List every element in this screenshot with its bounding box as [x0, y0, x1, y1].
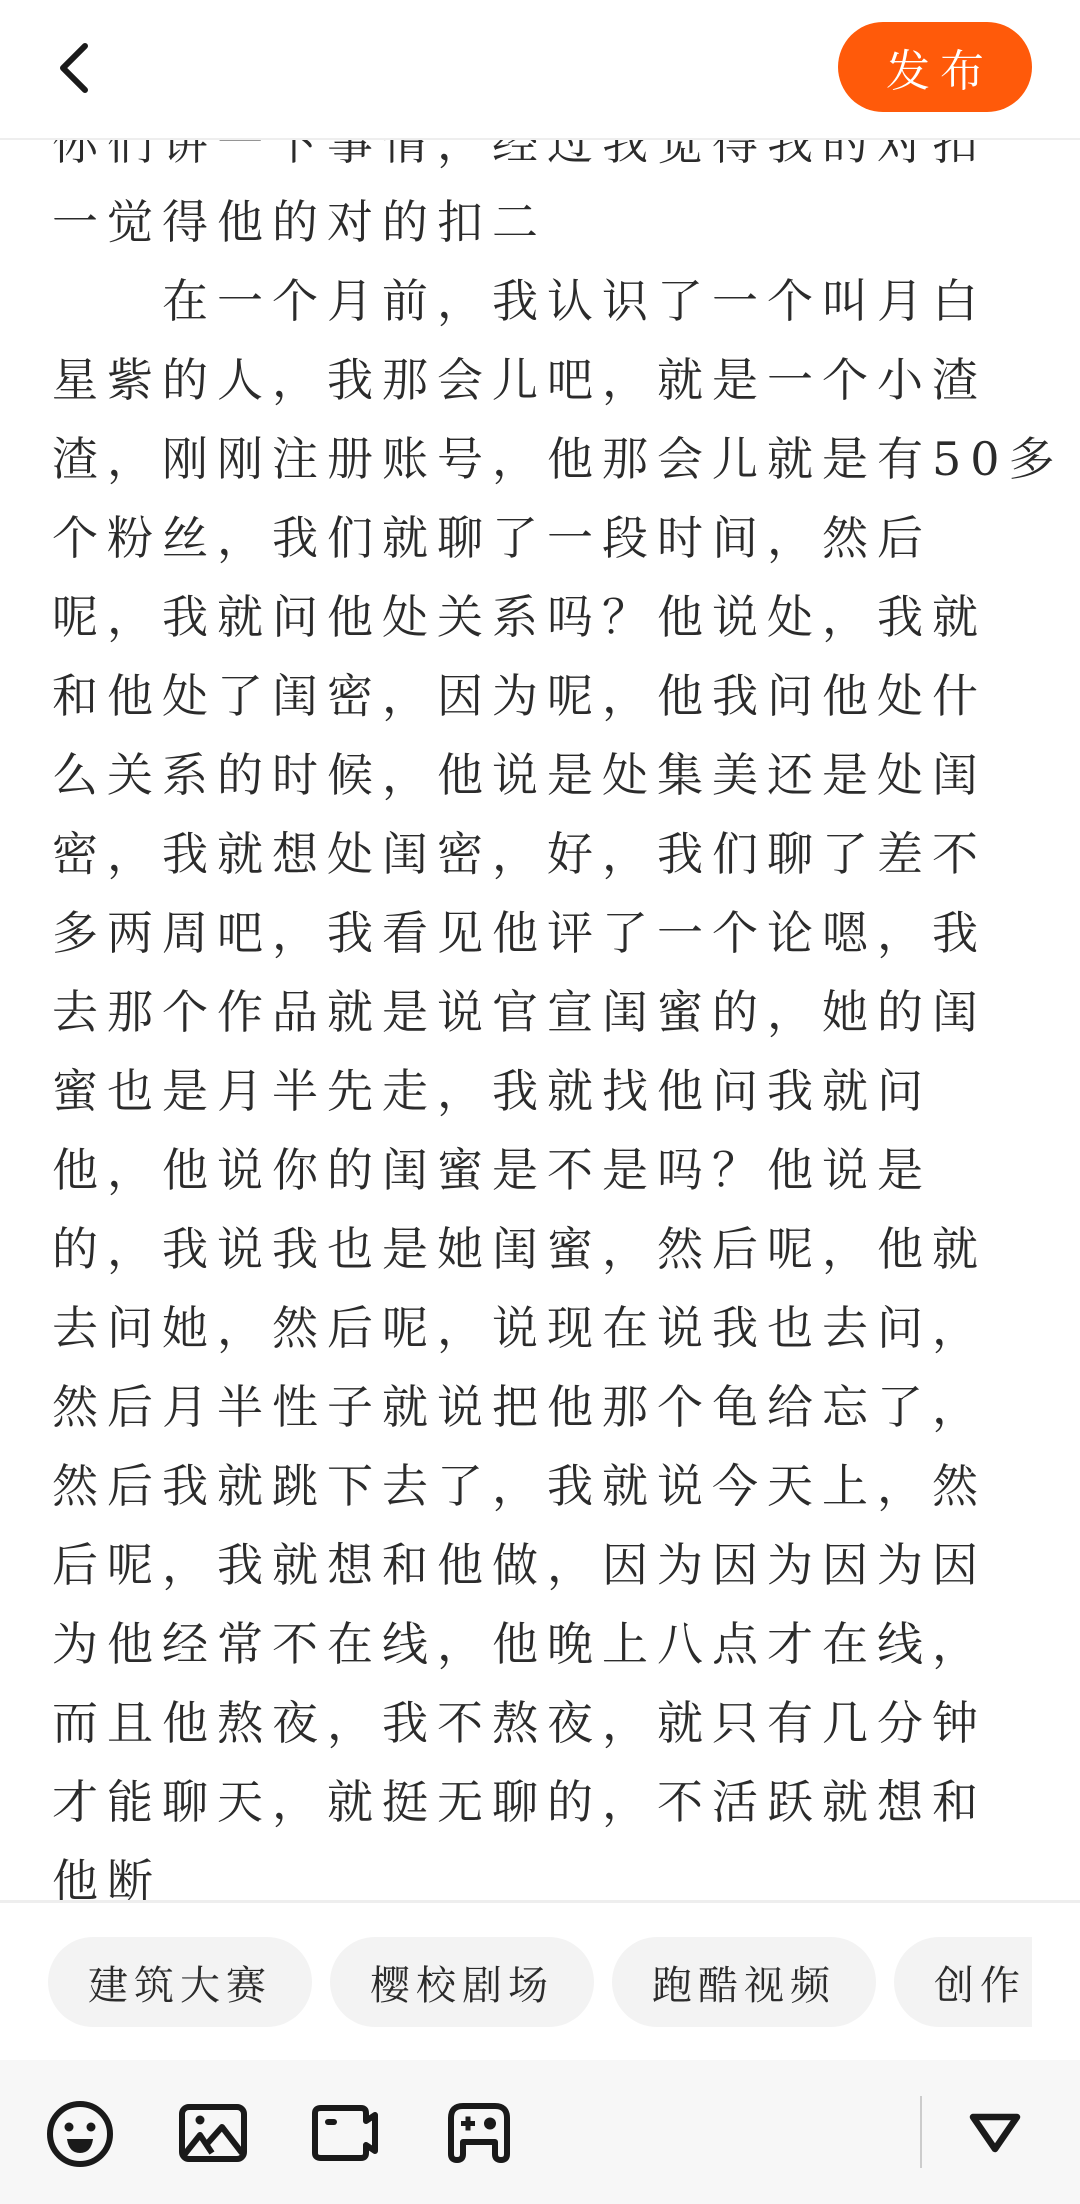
emoji-button[interactable]: [44, 2098, 116, 2170]
publish-button[interactable]: 发布: [838, 22, 1032, 112]
text-line: 呢，我就问他处关系吗？他说处，我就: [52, 578, 1042, 657]
text-line: 密，我就想处闺密，好，我们聊了差不: [52, 815, 1042, 894]
text-line: 在一个月前，我认识了一个叫月白: [52, 262, 1042, 341]
text-line: 么关系的时候，他说是处集美还是处闺: [52, 736, 1042, 815]
text-line: 个粉丝，我们就聊了一段时间，然后: [52, 499, 1042, 578]
text-line: 渣，刚刚注册账号，他那会儿就是有50多: [52, 420, 1042, 499]
video-button[interactable]: [308, 2100, 384, 2166]
topic-tag-label: 樱校剧场: [370, 1954, 554, 2011]
topic-tag-label: 建筑大赛: [88, 1954, 272, 2011]
text-line: 而且他熬夜，我不熬夜，就只有几分钟: [52, 1684, 1042, 1763]
gamepad-icon: [447, 2102, 511, 2164]
chevron-left-icon: [55, 40, 95, 96]
topic-tag-chip[interactable]: 跑酷视频: [612, 1937, 876, 2027]
text-line: 然后我就跳下去了，我就说今天上，然: [52, 1447, 1042, 1526]
text-line: 你们讲一下事情，经过我觉得我的对扣: [52, 140, 1042, 183]
game-button[interactable]: [444, 2100, 514, 2166]
text-line: 他断: [52, 1842, 1042, 1902]
topic-tags-scroller[interactable]: 建筑大赛 樱校剧场 跑酷视频 创作: [48, 1937, 1032, 2027]
back-button[interactable]: [40, 28, 110, 108]
topic-tag-chip[interactable]: 创作: [894, 1937, 1032, 2027]
text-line: 去问她，然后呢，说现在说我也去问，: [52, 1289, 1042, 1368]
text-line: 和他处了闺密，因为呢，他我问他处什: [52, 657, 1042, 736]
text-line: 才能聊天，就挺无聊的，不活跃就想和: [52, 1763, 1042, 1842]
text-line: 星紫的人，我那会儿吧，就是一个小渣: [52, 341, 1042, 420]
text-line: 为他经常不在线，他晚上八点才在线，: [52, 1605, 1042, 1684]
text-line: 蜜也是月半先走，我就找他问我就问: [52, 1052, 1042, 1131]
text-line: 他，他说你的闺蜜是不是吗？他说是: [52, 1131, 1042, 1210]
topic-tags-row: 建筑大赛 樱校剧场 跑酷视频 创作: [0, 1903, 1080, 2060]
text-line: 多两周吧，我看见他评了一个论嗯，我: [52, 894, 1042, 973]
post-body-text[interactable]: 你们讲一下事情，经过我觉得我的对扣 一觉得他的对的扣二 在一个月前，我认识了一个…: [52, 140, 1042, 1902]
collapse-toolbar-button[interactable]: [962, 2104, 1028, 2160]
text-line: 一觉得他的对的扣二: [52, 183, 1042, 262]
text-line: 去那个作品就是说官宣闺蜜的，她的闺: [52, 973, 1042, 1052]
text-line: 后呢，我就想和他做，因为因为因为因: [52, 1526, 1042, 1605]
topic-tag-label: 创作: [934, 1954, 1026, 2011]
text-line: 的，我说我也是她闺蜜，然后呢，他就: [52, 1210, 1042, 1289]
compose-toolbar: [0, 2060, 1080, 2204]
video-icon: [309, 2103, 383, 2163]
emoji-icon: [45, 2099, 115, 2169]
text-line: 然后月半性子就说把他那个龟给忘了，: [52, 1368, 1042, 1447]
post-text-editor[interactable]: 你们讲一下事情，经过我觉得我的对扣 一觉得他的对的扣二 在一个月前，我认识了一个…: [0, 140, 1080, 1902]
publish-label: 发布: [886, 35, 994, 99]
topic-tag-chip[interactable]: 樱校剧场: [330, 1937, 594, 2027]
triangle-down-icon: [965, 2109, 1025, 2155]
image-button[interactable]: [176, 2100, 250, 2166]
topic-tag-chip[interactable]: 建筑大赛: [48, 1937, 312, 2027]
topic-tag-label: 跑酷视频: [652, 1954, 836, 2011]
image-icon: [178, 2103, 248, 2163]
header-bar: 发布: [0, 0, 1080, 140]
toolbar-divider: [920, 2096, 922, 2168]
post-editor-screen: 发布 你们讲一下事情，经过我觉得我的对扣 一觉得他的对的扣二 在一个月前，我认识…: [0, 0, 1080, 2204]
